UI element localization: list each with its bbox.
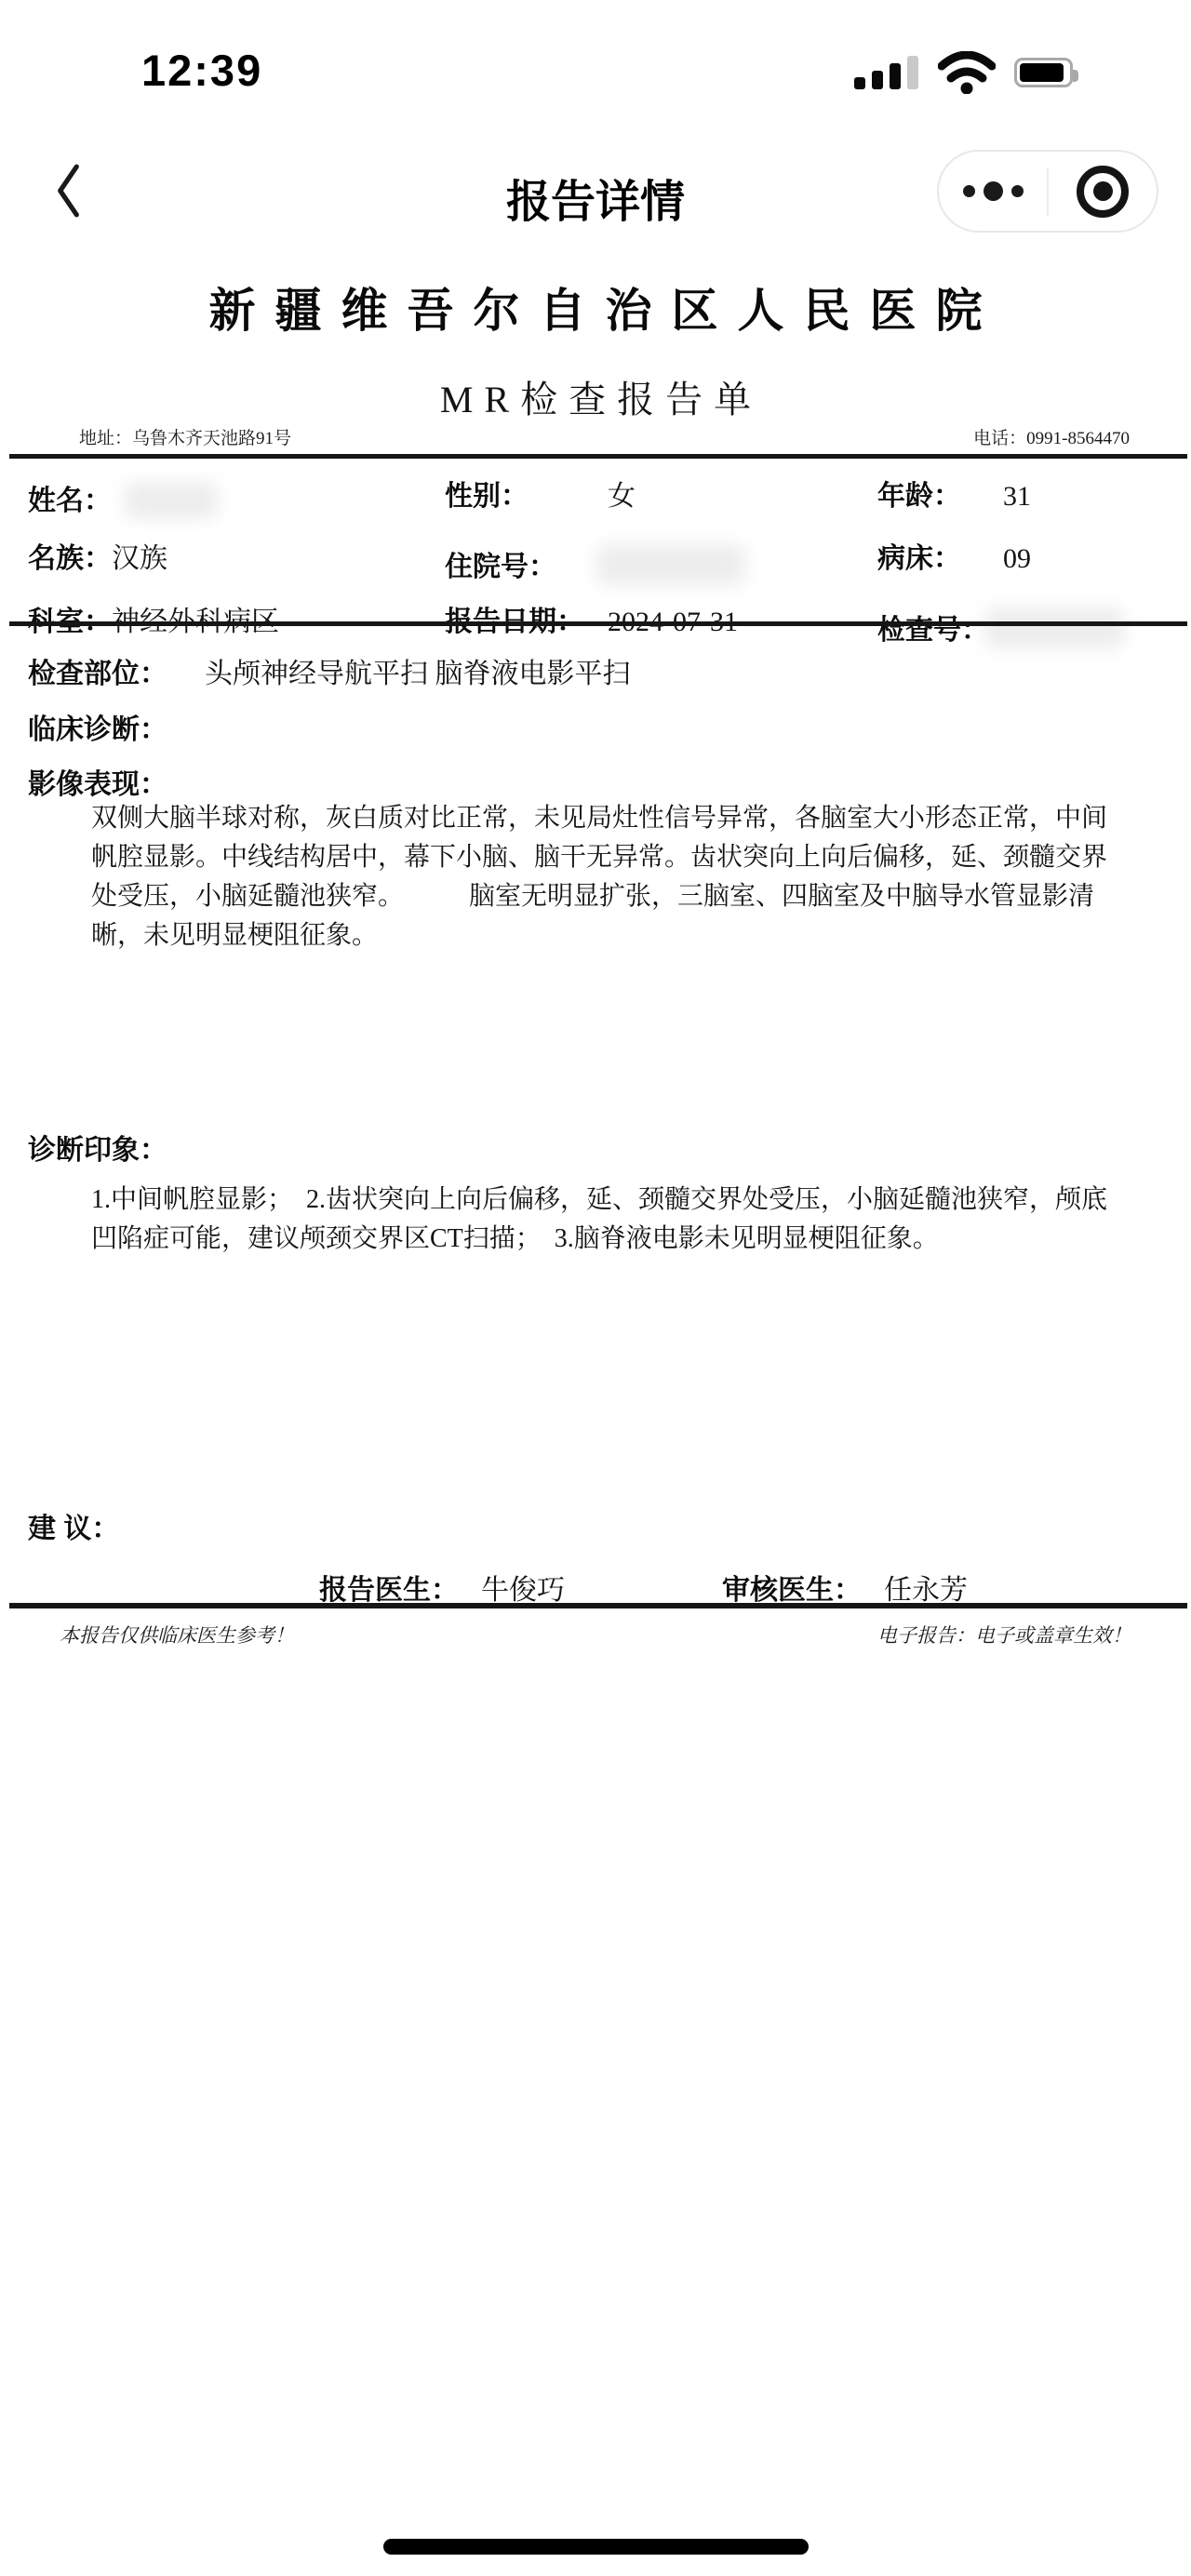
field-admission-number: 住院号： [445, 535, 745, 584]
footer-evalidity: 电子报告：电子或盖章生效！ [877, 1621, 1131, 1648]
redacted-value [984, 607, 1124, 648]
review-doctor-label: 审核医生： [722, 1567, 862, 1608]
section-findings-label: 影像表现： [28, 761, 1154, 802]
field-name: 姓名： [28, 473, 218, 518]
report-footer: 本报告仅供临床医生参考！ 电子报告：电子或盖章生效！ [0, 1621, 1191, 1648]
patient-row: 名族： 汉族 住院号： 病床： 09 [0, 535, 1191, 576]
footer-disclaimer: 本报告仅供临床医生参考！ [60, 1621, 294, 1648]
report-type-title: MR检查报告单 [0, 370, 1191, 423]
section-clinical-diagnosis: 临床诊断： [28, 706, 1154, 747]
hospital-address: 地址：乌鲁木齐天池路91号 [79, 424, 291, 449]
more-button[interactable] [939, 152, 1047, 231]
field-ethnicity: 名族： 汉族 [28, 535, 167, 576]
address-row: 地址：乌鲁木齐天池路91号 电话：0991-8564470 [0, 424, 1191, 450]
close-minimize-button[interactable] [1049, 152, 1157, 231]
cellular-signal-icon [854, 56, 919, 89]
divider [9, 454, 1187, 459]
field-department: 科室： 神经外科病区 [28, 598, 279, 639]
report-doctor-label: 报告医生： [319, 1567, 459, 1608]
hospital-phone: 电话：0991-8564470 [973, 424, 1130, 449]
section-exam-site: 检查部位： 头颅神经导航平扫 脑脊液电影平扫 [28, 650, 1154, 691]
wifi-icon [938, 51, 996, 94]
doctors-row: 报告医生： 牛俊巧 审核医生： 任永芳 [0, 1567, 1191, 1604]
home-indicator[interactable] [383, 2539, 809, 2555]
section-suggestion: 建 议： [28, 1505, 1154, 1546]
patient-row: 科室： 神经外科病区 报告日期： 2024-07-31 检查号： [0, 598, 1191, 639]
battery-icon [1014, 58, 1073, 87]
field-age: 年龄： 31 [877, 473, 1031, 514]
field-sex: 性别： 女 [445, 473, 636, 514]
section-impression-label: 诊断印象： [28, 1127, 1154, 1168]
miniprogram-capsule [937, 150, 1158, 233]
status-time: 12:39 [141, 45, 262, 96]
hospital-name: 新疆维吾尔自治区人民医院 [0, 274, 1191, 340]
field-bed: 病床： 09 [877, 535, 1031, 576]
redacted-value [596, 544, 745, 585]
impression-text: 1.中间帆腔显影； 2.齿状突向上向后偏移，延、颈髓交界处受压，小脑延髓池狭窄，… [91, 1181, 1119, 1259]
divider [9, 621, 1187, 626]
target-circle-icon [1077, 166, 1129, 218]
findings-text: 双侧大脑半球对称，灰白质对比正常，未见局灶性信号异常，各脑室大小形态正常，中间帆… [91, 799, 1119, 955]
report-detail-screen: 12:39 报告详情 [0, 0, 1191, 2576]
divider [9, 1603, 1187, 1608]
review-doctor-name: 任永芳 [884, 1567, 968, 1608]
field-report-date: 报告日期： 2024-07-31 [445, 598, 738, 639]
ellipsis-icon [963, 181, 1024, 201]
report-doctor-name: 牛俊巧 [481, 1567, 565, 1608]
patient-row: 姓名： 性别： 女 年龄： 31 [0, 473, 1191, 514]
redacted-value [125, 482, 218, 519]
